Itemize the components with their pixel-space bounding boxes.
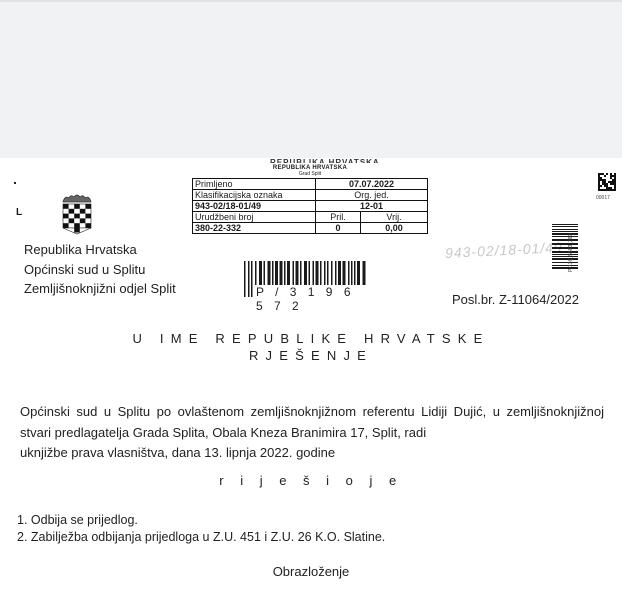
ruling-item-1: 1. Odbija se prijedlog.	[17, 512, 385, 529]
barcode-number: P / 3 1 9 6 5 7 2	[254, 285, 370, 313]
case-number: Posl.br. Z-11064/2022	[452, 292, 579, 307]
stamp-pril-value: 0	[316, 223, 361, 234]
heading-in-name-of-republic: U IME REPUBLIKE HRVATSKE	[0, 331, 622, 346]
document-page: REPUBLIKA HRVATSKA L Republika Hrvatska …	[0, 158, 622, 600]
scan-speck	[14, 182, 16, 184]
vertical-barcode-icon	[552, 224, 578, 270]
intro-paragraph-last-line: uknjižbe prava vlasništva, dana 13. lipn…	[20, 443, 604, 464]
handwritten-note: 943-02/18-01/49	[445, 239, 563, 261]
heading-decision: RJEŠENJE	[0, 348, 622, 363]
stamp-vrij-value: 0,00	[361, 223, 428, 234]
court-line-republic: Republika Hrvatska	[24, 240, 176, 260]
court-line-land-registry: Zemljišnoknjižni odjel Split	[24, 279, 176, 299]
viewer-top-shadow	[0, 0, 622, 2]
vertical-barcode-caption: P-136_5583_380	[568, 234, 574, 272]
datamatrix-caption: 00017	[596, 195, 610, 201]
ruling-item-2: 2. Zabilježba odbijanja prijedloga u Z.U…	[17, 529, 385, 546]
stamp-vrij-label: Vrij.	[361, 212, 428, 223]
margin-mark: L	[16, 207, 22, 218]
court-line-municipal-court: Općinski sud u Splitu	[24, 260, 176, 280]
stamp-subtitle: Grad Split	[192, 171, 428, 177]
stamp-table: Primljeno 07.07.2022 Klasifikacijska ozn…	[192, 178, 428, 234]
stamp-org-jed-label: Org. jed.	[316, 190, 428, 201]
viewer-top-area	[0, 0, 622, 158]
intro-paragraph: Općinski sud u Splitu po ovlaštenom zeml…	[20, 402, 604, 464]
ruling-phrase: r i j e š i o j e	[0, 473, 622, 488]
stamp-klasa-value: 943-02/18-01/49	[193, 201, 316, 212]
croatian-coat-of-arms-icon	[60, 193, 94, 235]
reasoning-heading: Obrazloženje	[0, 564, 622, 579]
stamp-primljeno-label: Primljeno	[193, 179, 316, 190]
court-name-block: Republika Hrvatska Općinski sud u Splitu…	[24, 240, 176, 299]
stamp-urudzbeni-label: Urudžbeni broj	[193, 212, 316, 223]
reception-stamp: REPUBLIKA HRVATSKA Grad Split Primljeno …	[192, 165, 428, 234]
stamp-klasifikacija-label: Klasifikacijska oznaka	[193, 190, 316, 201]
datamatrix-code-icon	[598, 173, 616, 191]
stamp-org-jed-value: 12-01	[316, 201, 428, 212]
stamp-primljeno-date: 07.07.2022	[316, 179, 428, 190]
cut-off-header: REPUBLIKA HRVATSKA	[270, 158, 380, 163]
document-barcode: P / 3 1 9 6 5 7 2	[242, 261, 370, 297]
stamp-pril-label: Pril.	[316, 212, 361, 223]
ruling-items: 1. Odbija se prijedlog. 2. Zabilježba od…	[17, 512, 385, 546]
intro-paragraph-main: Općinski sud u Splitu po ovlaštenom zeml…	[20, 404, 604, 440]
stamp-urudzbeni-value: 380-22-332	[193, 223, 316, 234]
